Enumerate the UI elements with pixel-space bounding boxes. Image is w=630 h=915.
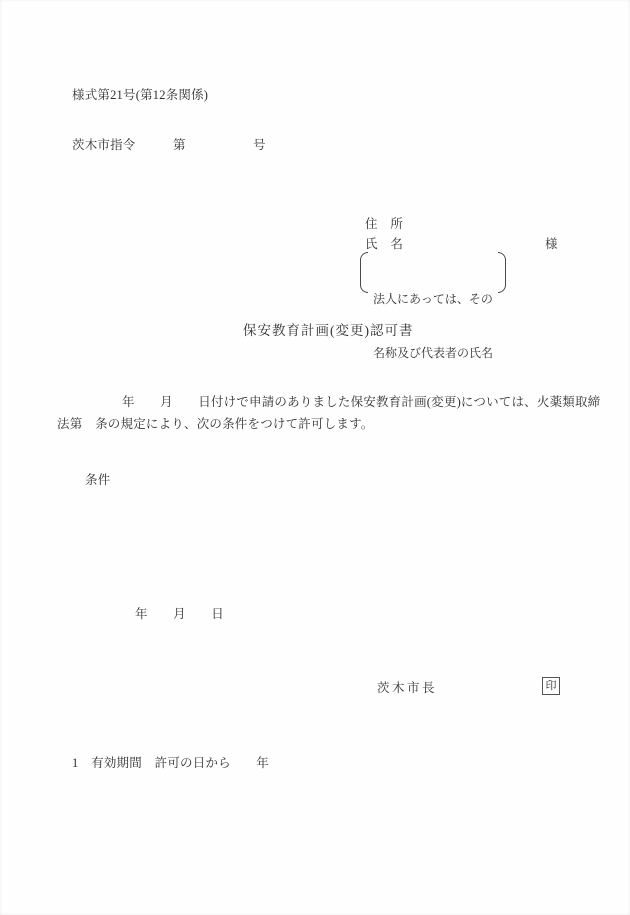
left-parenthesis-bracket: [360, 252, 368, 293]
recipient-name-label: 氏 名: [365, 236, 403, 252]
date-line: 年 月 日: [135, 606, 224, 622]
conditions-label: 条件: [85, 472, 110, 488]
mayor-name: 茨木市長: [377, 680, 437, 696]
directive-issuer: 茨木市指令: [72, 137, 136, 153]
corporate-note-line-2: 名称及び代表者の氏名: [373, 344, 493, 362]
document-page: 様式第21号(第12条関係) 茨木市指令 第 号 住 所 氏 名 様 法人にあっ…: [0, 0, 630, 915]
body-paragraph-line-1: 年 月 日付けで申請のありました保安教育計画(変更)については、火薬類取締: [122, 394, 600, 410]
recipient-address-label: 住 所: [365, 216, 403, 232]
body-paragraph-line-2: 法第 条の規定により、次の条件をつけて許可します。: [57, 416, 374, 432]
footnote-validity-period: 1 有効期間 許可の日から 年: [72, 755, 269, 771]
corporate-note: 法人にあっては、その 名称及び代表者の氏名: [360, 252, 506, 293]
corporate-note-line-1: 法人にあっては、その: [373, 290, 493, 308]
form-number: 様式第21号(第12条関係): [72, 87, 208, 103]
recipient-honorific: 様: [545, 236, 558, 252]
directive-number-suffix: 号: [253, 137, 266, 153]
directive-number-prefix: 第: [173, 137, 186, 153]
official-seal-placeholder: 印: [542, 677, 560, 695]
right-parenthesis-bracket: [498, 252, 506, 293]
document-title: 保安教育計画(変更)認可書: [243, 322, 414, 340]
